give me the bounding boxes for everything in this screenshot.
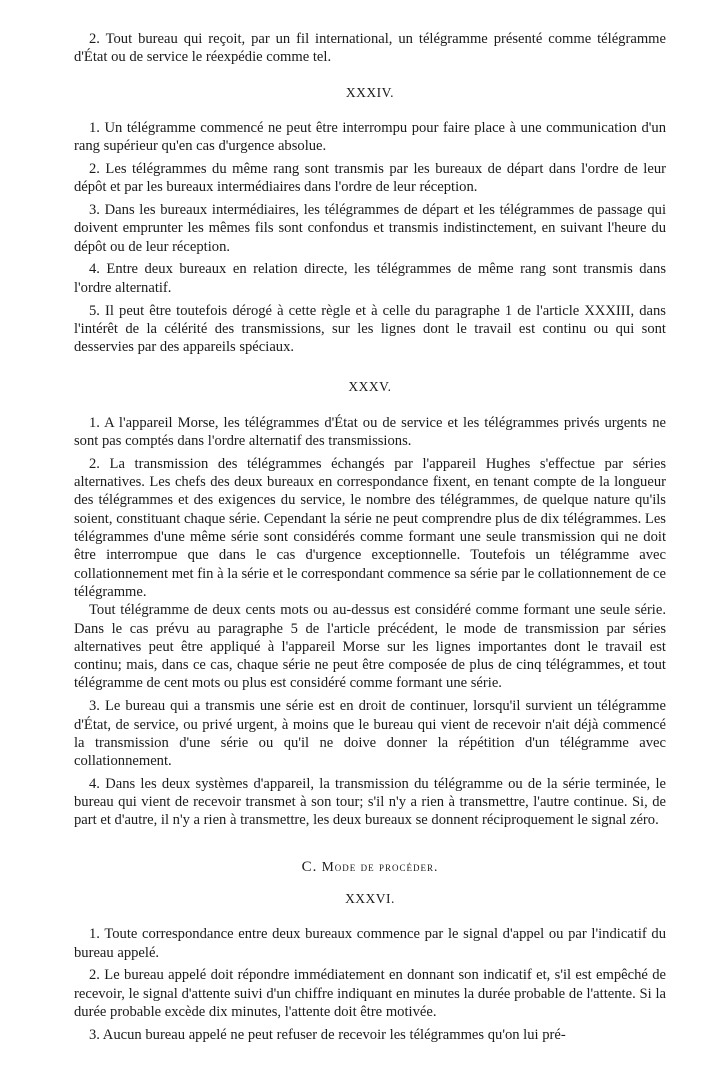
paragraph: 3. Aucun bureau appelé ne peut refuser d… <box>74 1026 666 1044</box>
paragraph: 1. A l'appareil Morse, les télégrammes d… <box>74 414 666 451</box>
paragraph: 2. Les télégrammes du même rang sont tra… <box>74 160 666 197</box>
article-heading-xxxvi: XXXVI. <box>74 890 666 908</box>
paragraph: 4. Dans les deux systèmes d'appareil, la… <box>74 775 666 830</box>
paragraph: 5. Il peut être toutefois dérogé à cette… <box>74 302 666 357</box>
paragraph: 1. Un télégramme commencé ne peut être i… <box>74 119 666 156</box>
paragraph: 4. Entre deux bureaux en relation direct… <box>74 260 666 297</box>
section-title: Mode de procéder. <box>322 859 439 874</box>
article-heading-xxxv: XXXV. <box>74 378 666 396</box>
paragraph: 2. Le bureau appelé doit répondre immédi… <box>74 966 666 1021</box>
paragraph: 3. Le bureau qui a transmis une série es… <box>74 697 666 770</box>
paragraph: 2. Tout bureau qui reçoit, par un fil in… <box>74 30 666 67</box>
paragraph: 1. Toute correspondance entre deux burea… <box>74 925 666 962</box>
paragraph: 3. Dans les bureaux intermédiaires, les … <box>74 201 666 256</box>
paragraph: 2. La transmission des télégrammes échan… <box>74 455 666 601</box>
article-heading-xxxiv: XXXIV. <box>74 84 666 102</box>
paragraph: Tout télégramme de deux cents mots ou au… <box>74 601 666 692</box>
section-letter: C. <box>302 859 318 875</box>
document-page: 2. Tout bureau qui reçoit, par un fil in… <box>74 30 666 1049</box>
section-heading-c: C. Mode de procéder. <box>74 858 666 876</box>
